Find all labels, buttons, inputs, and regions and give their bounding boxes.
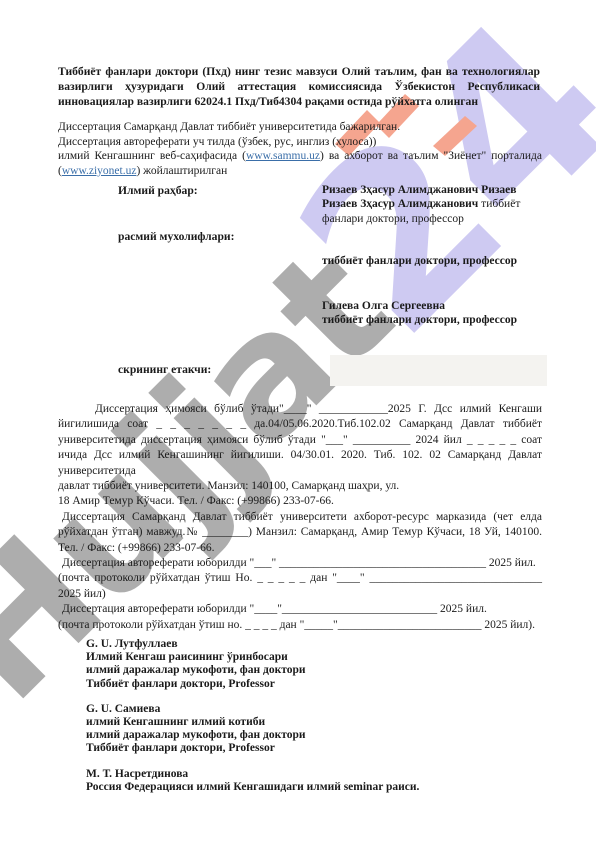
document-content: Тиббиёт фанлари доктори (Пхд) нинг тезис… xyxy=(0,0,596,842)
signatory-block: G. U. Самиева илмий Кенгашнинг илмий кот… xyxy=(86,703,546,756)
registration-paragraph: Тиббиёт фанлари доктори (Пхд) нинг тезис… xyxy=(58,64,540,110)
document-page: Hujjat 24 Тиббиёт фанлари доктори (Пхд) … xyxy=(0,0,596,842)
signatory-block: М. Т. Насретдинова Россия Федерацияси ил… xyxy=(86,768,546,794)
signatures-section: G. U. Лутфуллаев Илмий Кенгаш раисининг … xyxy=(86,638,546,806)
signatory-block: G. U. Лутфуллаев Илмий Кенгаш раисининг … xyxy=(86,638,546,691)
opponent2-name: Гилева Олга Сергеевна xyxy=(322,299,544,313)
signatory-role: илмий Кенгашнинг илмий котиби xyxy=(86,716,546,729)
opponent2-title: тиббиёт фанлари доктори, профессор xyxy=(322,313,544,327)
defense-paragraph-2: Диссертация Самарқанд Давлат тиббиёт уни… xyxy=(58,510,542,556)
defense-address-2: 18 Амир Темур Кўчаси. Тел. / Факс: (+998… xyxy=(58,494,542,509)
placed-text: ) жойлаштирилган xyxy=(136,165,227,177)
opponents-label: расмий мухолифлари: xyxy=(118,230,234,244)
defense-paragraph-1: Диссертация ҳимояси бўлиб ўтади"____" __… xyxy=(58,402,542,479)
postal-protocol-line-2: (почта протоколи рўйхатдан ўтиш но. _ _ … xyxy=(58,618,542,633)
supervisor-value: Ризаев Зҳасур Алимджанович Ризаев Ризаев… xyxy=(322,183,544,226)
defense-info-block: Диссертация ҳимояси бўлиб ўтади"____" __… xyxy=(58,402,542,633)
signatory-name: G. U. Самиева xyxy=(86,703,546,716)
performed-paragraph: Диссертация Самарқанд Давлат тиббиёт уни… xyxy=(58,120,542,178)
signatory-name: G. U. Лутфуллаев xyxy=(86,638,546,651)
defense-address-1: давлат тиббиёт университети. Манзил: 140… xyxy=(58,479,542,494)
ziyonet-link[interactable]: www.ziyonet.uz xyxy=(62,165,137,177)
sammu-link[interactable]: www.sammu.uz xyxy=(246,150,320,162)
performed-line-2: Диссертация автореферати уч тилда (ўзбек… xyxy=(58,135,542,150)
signatory-name: М. Т. Насретдинова xyxy=(86,768,546,781)
web-page-text: илмий Кенгашнинг веб-саҳифасида ( xyxy=(58,150,246,162)
signatory-role: Илмий Кенгаш раисининг ўринбосари xyxy=(86,651,546,664)
performed-line-1: Диссертация Самарқанд Давлат тиббиёт уни… xyxy=(58,120,542,135)
opponent1-title: тиббиёт фанлари доктори, профессор xyxy=(322,254,544,268)
signatory-degree: Тиббиёт фанлари доктори, Professor xyxy=(86,742,546,755)
signatory-role: Россия Федерацияси илмий Кенгашидаги илм… xyxy=(86,781,546,794)
signatory-award: илмий даражалар мукофоти, фан доктори xyxy=(86,664,546,677)
signatory-degree: Тиббиёт фанлари доктори, Professor xyxy=(86,678,546,691)
supervisor-label: Илмий раҳбар: xyxy=(118,184,198,198)
abstract-sent-line-1: Диссертация автореферати юборилди "___" … xyxy=(58,556,542,571)
signatory-award: илмий даражалар мукофоти, фан доктори xyxy=(86,729,546,742)
postal-protocol-line-1: (почта протоколи рўйхатдан ўтиш Но. _ _ … xyxy=(58,571,542,602)
opponent2-block: Гилева Олга Сергеевна тиббиёт фанлари до… xyxy=(322,299,544,328)
performed-line-3: илмий Кенгашнинг веб-саҳифасида (www.sam… xyxy=(58,149,542,178)
abstract-sent-line-2: Диссертация автореферати юборилди "____"… xyxy=(58,602,542,617)
screening-label: скрининг етакчи: xyxy=(118,363,211,377)
